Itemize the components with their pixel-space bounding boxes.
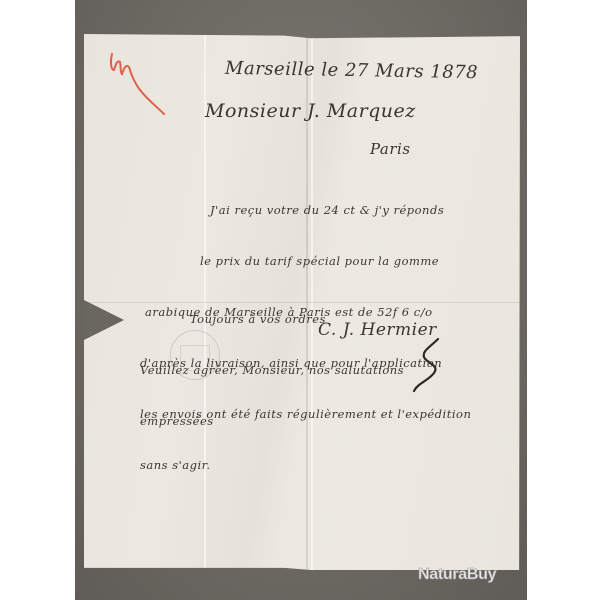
letter-city: Paris [370, 140, 411, 158]
faded-stamp-mark [180, 345, 210, 371]
body-line: sans s'agir. [140, 457, 471, 474]
paper-tear-notch [84, 300, 124, 340]
signature-flourish-icon [410, 335, 450, 395]
body-line: le prix du tarif spécial pour la gomme [200, 253, 471, 270]
red-annotation-icon [100, 40, 170, 120]
letter-dateline: Marseille le 27 Mars 1878 [225, 58, 478, 83]
letter-addressee: Monsieur J. Marquez [205, 100, 416, 122]
body-line: J'ai reçu votre du 24 ct & j'y réponds [210, 202, 471, 219]
closing-line: empressées [140, 413, 404, 430]
watermark-logo: NaturaBuy [418, 566, 496, 584]
